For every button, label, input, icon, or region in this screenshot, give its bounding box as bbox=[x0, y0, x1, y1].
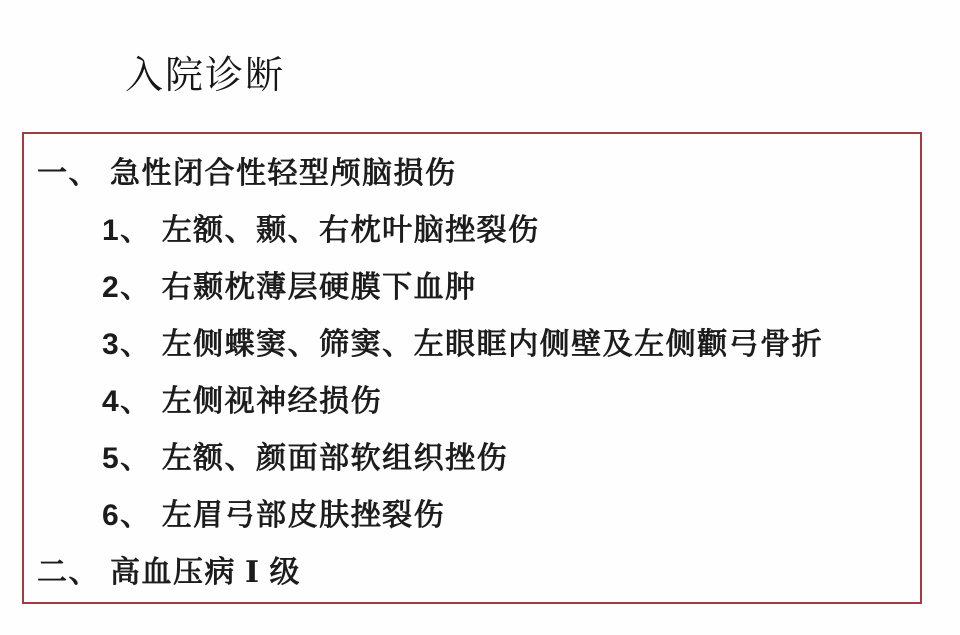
diagnosis-box: 一、 急性闭合性轻型颅脑损伤 1、 左额、颞、右枕叶脑挫裂伤 2、 右颞枕薄层硬… bbox=[22, 132, 922, 604]
diagnosis-item-sub-5: 5、 左额、颜面部软组织挫伤 bbox=[24, 443, 920, 475]
item-number: 二、 bbox=[37, 557, 100, 589]
diagnosis-item-primary-2: 二、 高血压病 Ⅰ 级 bbox=[24, 557, 920, 589]
item-text: 左侧视神经损伤 bbox=[162, 386, 383, 418]
slide: 入院诊断 一、 急性闭合性轻型颅脑损伤 1、 左额、颞、右枕叶脑挫裂伤 2、 右… bbox=[0, 0, 960, 635]
diagnosis-item-sub-1: 1、 左额、颞、右枕叶脑挫裂伤 bbox=[24, 215, 920, 247]
item-number: 3、 bbox=[102, 329, 152, 361]
item-number: 4、 bbox=[102, 386, 152, 418]
item-text: 左侧蝶窦、筛窦、左眼眶内侧壁及左侧颧弓骨折 bbox=[162, 329, 824, 361]
item-text: 左额、颜面部软组织挫伤 bbox=[162, 443, 509, 475]
item-text: 急性闭合性轻型颅脑损伤 bbox=[110, 158, 457, 190]
item-text: 高血压病 Ⅰ 级 bbox=[110, 557, 301, 589]
item-number: 6、 bbox=[102, 500, 152, 532]
diagnosis-item-primary-1: 一、 急性闭合性轻型颅脑损伤 bbox=[24, 158, 920, 190]
item-number: 5、 bbox=[102, 443, 152, 475]
diagnosis-item-sub-6: 6、 左眉弓部皮肤挫裂伤 bbox=[24, 500, 920, 532]
item-text: 左眉弓部皮肤挫裂伤 bbox=[162, 500, 446, 532]
item-text: 左额、颞、右枕叶脑挫裂伤 bbox=[162, 215, 540, 247]
diagnosis-item-sub-2: 2、 右颞枕薄层硬膜下血肿 bbox=[24, 272, 920, 304]
diagnosis-item-sub-3: 3、 左侧蝶窦、筛窦、左眼眶内侧壁及左侧颧弓骨折 bbox=[24, 329, 920, 361]
item-number: 1、 bbox=[102, 215, 152, 247]
diagnosis-item-sub-4: 4、 左侧视神经损伤 bbox=[24, 386, 920, 418]
page-title: 入院诊断 bbox=[125, 44, 285, 99]
item-number: 一、 bbox=[37, 158, 100, 190]
item-number: 2、 bbox=[102, 272, 152, 304]
item-text: 右颞枕薄层硬膜下血肿 bbox=[162, 272, 477, 304]
